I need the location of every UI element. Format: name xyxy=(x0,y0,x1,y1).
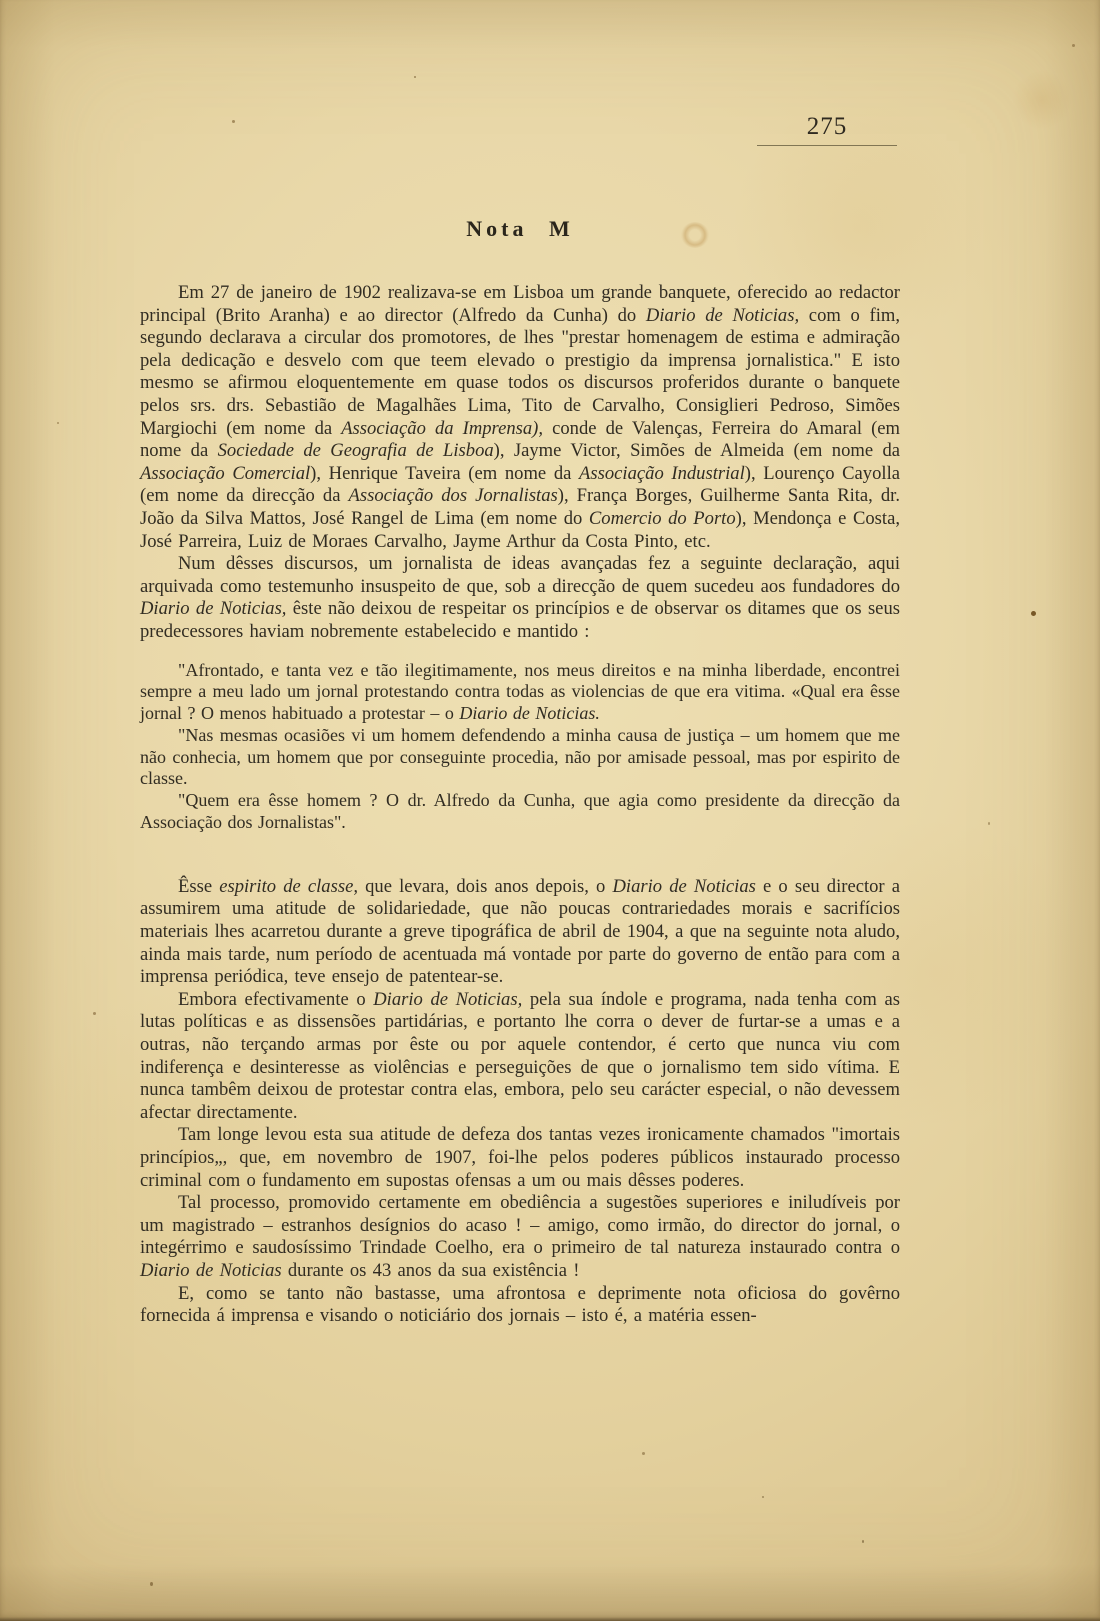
body-paragraph-1: Em 27 de janeiro de 1902 realizava-se em… xyxy=(140,282,900,553)
italic-text-segment: Diario de Noticias xyxy=(140,1260,282,1281)
paper-speck xyxy=(93,1012,96,1015)
paper-speck xyxy=(1072,44,1075,47)
body-paragraph-2: Num dêsses discursos, um jornalista de i… xyxy=(140,553,900,643)
text-segment: ), Henrique Taveira (em nome da xyxy=(310,463,579,484)
italic-text-segment: espirito de classe, xyxy=(219,876,358,897)
paper-speck xyxy=(642,1452,645,1455)
paper-speck xyxy=(232,120,235,123)
paper-speck xyxy=(862,1540,864,1543)
italic-text-segment: Associação Comercial xyxy=(140,463,310,484)
text-segment: durante os 43 anos da sua existência ! xyxy=(282,1260,580,1281)
italic-text-segment: Diario de Noticias, xyxy=(646,305,799,326)
italic-text-segment: Associação da Imprensa), xyxy=(341,418,543,439)
body-paragraph-7: E, como se tanto não bastasse, uma afron… xyxy=(140,1283,900,1328)
text-segment: Embora efectivamente o xyxy=(178,989,373,1010)
text-segment: ), Jayme Victor, Simões de Almeida (em n… xyxy=(494,440,900,461)
text-segment: Êsse xyxy=(178,876,219,897)
paper-speck xyxy=(762,1496,764,1498)
italic-text-segment: Sociedade de Geografia de Lisboa xyxy=(218,440,494,461)
paper-speck xyxy=(988,822,990,825)
italic-text-segment: Diario de Noticias. xyxy=(459,703,600,723)
italic-text-segment: Comercio do Porto xyxy=(589,508,736,529)
text-column: Nota M Em 27 de janeiro de 1902 realizav… xyxy=(140,216,900,1328)
section-heading: Nota M xyxy=(140,216,900,242)
paper-stain-soft xyxy=(1012,70,1072,130)
text-segment: Tal processo, promovido certamente em ob… xyxy=(140,1192,900,1258)
quote-paragraph-2: "Nas mesmas ocasiões vi um homem defende… xyxy=(140,725,900,790)
paper-speck xyxy=(414,76,416,78)
italic-text-segment: Associação dos Jornalistas xyxy=(349,485,558,506)
scan-bottom-edge xyxy=(0,1617,1100,1621)
text-segment: E, como se tanto não bastasse, uma afron… xyxy=(140,1283,900,1327)
text-segment: "Nas mesmas ocasiões vi um homem defende… xyxy=(140,725,900,789)
quoted-declaration: "Afrontado, e tanta vez e tão ilegitimam… xyxy=(140,660,900,834)
italic-text-segment: Diario de Noticias, xyxy=(140,598,286,619)
paper-speck xyxy=(57,422,59,424)
paper-speck xyxy=(150,1582,153,1586)
italic-text-segment: Associação Industrial xyxy=(579,463,745,484)
text-segment: que levara, dois anos depois, o xyxy=(358,876,612,897)
page-number: 275 xyxy=(757,113,897,145)
italic-text-segment: Diario de Noticias, xyxy=(373,989,522,1010)
body-paragraph-6: Tal processo, promovido certamente em ob… xyxy=(140,1192,900,1282)
page-number-block: 275 xyxy=(757,113,897,146)
body-paragraph-3: Êsse espirito de classe, que levara, doi… xyxy=(140,876,900,989)
text-segment: Num dêsses discursos, um jornalista de i… xyxy=(140,553,900,597)
paper-speck xyxy=(1031,611,1036,616)
text-segment: "Quem era êsse homem ? O dr. Alfredo da … xyxy=(140,790,900,832)
body-paragraph-4: Embora efectivamente o Diario de Noticia… xyxy=(140,989,900,1125)
scanned-book-page: 275 Nota M Em 27 de janeiro de 1902 real… xyxy=(0,0,1100,1621)
text-segment: Tam longe levou esta sua atitude de defe… xyxy=(140,1124,900,1190)
quote-paragraph-1: "Afrontado, e tanta vez e tão ilegitimam… xyxy=(140,660,900,725)
italic-text-segment: Diario de Noticias xyxy=(612,876,755,897)
page-number-rule xyxy=(757,145,897,146)
body-paragraph-5: Tam longe levou esta sua atitude de defe… xyxy=(140,1124,900,1192)
quote-paragraph-3: "Quem era êsse homem ? O dr. Alfredo da … xyxy=(140,790,900,834)
